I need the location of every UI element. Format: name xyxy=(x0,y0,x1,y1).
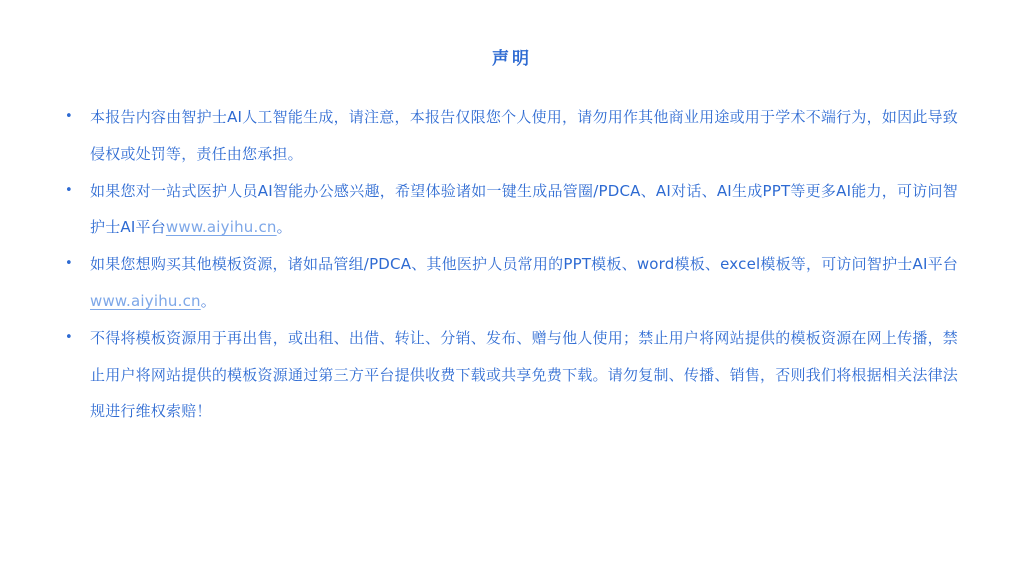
bullet-icon: • xyxy=(65,246,73,283)
statement-text: 本报告内容由智护士AI人工智能生成，请注意，本报告仅限您个人使用，请勿用作其他商… xyxy=(90,108,958,163)
bullet-icon: • xyxy=(65,173,73,210)
page-title: 声明 xyxy=(0,0,1024,69)
statement-item: •如果您想购买其他模板资源，诸如品管组/PDCA、其他医护人员常用的PPT模板、… xyxy=(90,246,958,320)
website-link[interactable]: www.aiyihu.cn xyxy=(166,218,277,236)
statement-text: 如果您想购买其他模板资源，诸如品管组/PDCA、其他医护人员常用的PPT模板、w… xyxy=(90,255,958,273)
statement-slide: 声明 •本报告内容由智护士AI人工智能生成，请注意，本报告仅限您个人使用，请勿用… xyxy=(0,0,1024,576)
statement-item: •不得将模板资源用于再出售，或出租、出借、转让、分销、发布、赠与他人使用；禁止用… xyxy=(90,320,958,430)
website-link[interactable]: www.aiyihu.cn xyxy=(90,292,201,310)
statement-item: •本报告内容由智护士AI人工智能生成，请注意，本报告仅限您个人使用，请勿用作其他… xyxy=(90,99,958,173)
bullet-icon: • xyxy=(65,99,73,136)
statement-item: •如果您对一站式医护人员AI智能办公感兴趣，希望体验诸如一键生成品管圈/PDCA… xyxy=(90,173,958,247)
bullet-icon: • xyxy=(65,320,73,357)
statement-text: 。 xyxy=(201,292,216,310)
statement-list: •本报告内容由智护士AI人工智能生成，请注意，本报告仅限您个人使用，请勿用作其他… xyxy=(90,99,958,430)
statement-text: 。 xyxy=(277,218,292,236)
statement-text: 不得将模板资源用于再出售，或出租、出借、转让、分销、发布、赠与他人使用；禁止用户… xyxy=(90,329,958,421)
